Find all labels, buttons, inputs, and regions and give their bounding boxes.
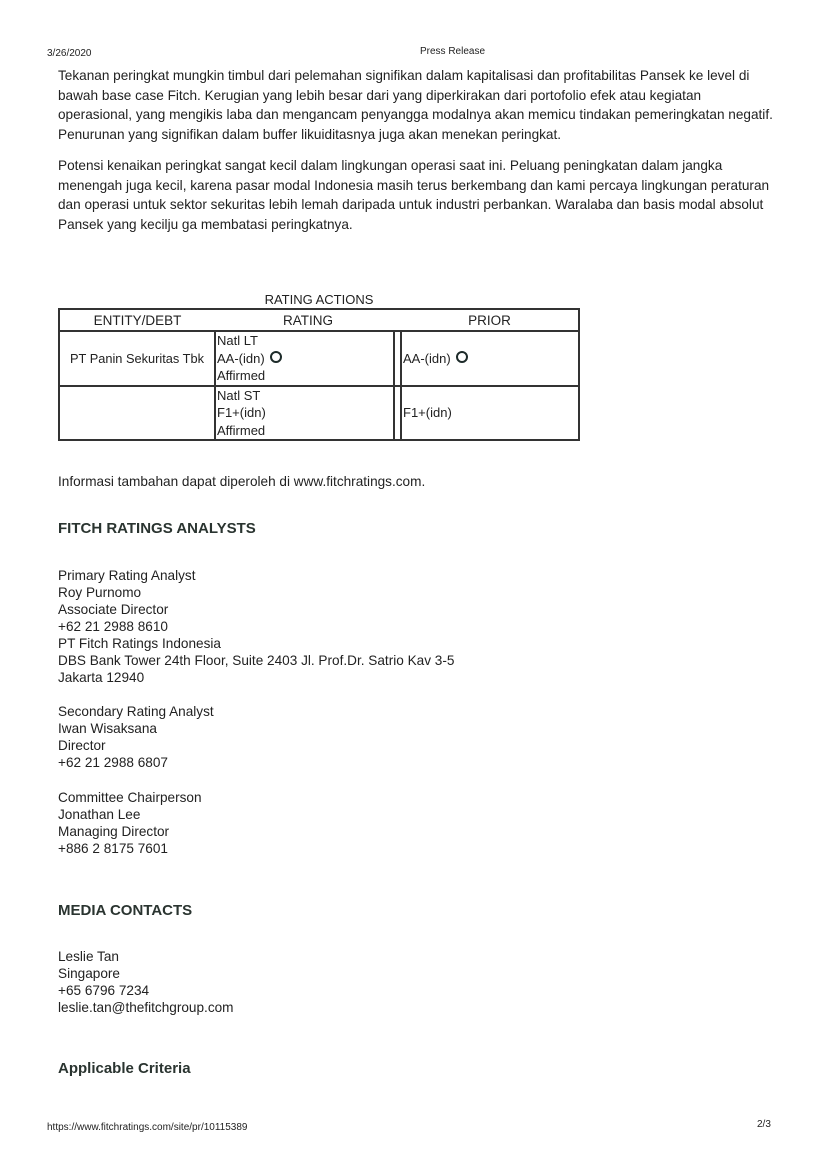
contact-city: Singapore xyxy=(58,965,234,982)
rating-watch-icon xyxy=(270,351,282,363)
applicable-criteria-heading: Applicable Criteria xyxy=(58,1060,191,1077)
header-entity: ENTITY/DEBT xyxy=(59,309,215,331)
prior-value: F1+(idn) xyxy=(403,405,452,420)
contact-name: Leslie Tan xyxy=(58,948,234,965)
page-number: 2/3 xyxy=(757,1119,771,1130)
contact-company: PT Fitch Ratings Indonesia xyxy=(58,635,454,652)
entity-cell: PT Panin Sekuritas Tbk xyxy=(59,331,215,386)
table-row: Natl ST F1+(idn) Affirmed F1+(idn) xyxy=(59,386,579,441)
contact-phone: +62 21 2988 6807 xyxy=(58,754,214,771)
table-header-row: ENTITY/DEBT RATING PRIOR xyxy=(59,309,579,331)
media-contact-block: Leslie Tan Singapore +65 6796 7234 lesli… xyxy=(58,948,234,1016)
spacer-cell xyxy=(394,386,401,441)
paragraph-upgrade-sensitivity: Potensi kenaikan peringkat sangat kecil … xyxy=(58,156,778,234)
contact-city: Jakarta 12940 xyxy=(58,669,454,686)
prior-cell: AA-(idn) xyxy=(401,331,579,386)
media-contacts-heading: MEDIA CONTACTS xyxy=(58,902,192,919)
contact-email: leslie.tan@thefitchgroup.com xyxy=(58,999,234,1016)
rating-type: Natl ST xyxy=(217,387,392,405)
primary-analyst-block: Primary Rating Analyst Roy Purnomo Assoc… xyxy=(58,567,454,686)
header-prior: PRIOR xyxy=(401,309,579,331)
rating-action: Affirmed xyxy=(217,422,392,440)
contact-name: Roy Purnomo xyxy=(58,584,454,601)
contact-address: DBS Bank Tower 24th Floor, Suite 2403 Jl… xyxy=(58,652,454,669)
rating-actions-caption: RATING ACTIONS xyxy=(58,292,580,307)
contact-role: Committee Chairperson xyxy=(58,789,202,806)
rating-cell: Natl ST F1+(idn) Affirmed xyxy=(215,386,394,441)
contact-role: Secondary Rating Analyst xyxy=(58,703,214,720)
table-row: PT Panin Sekuritas Tbk Natl LT AA-(idn) … xyxy=(59,331,579,386)
committee-chair-block: Committee Chairperson Jonathan Lee Manag… xyxy=(58,789,202,857)
rating-actions-table: ENTITY/DEBT RATING PRIOR PT Panin Sekuri… xyxy=(58,308,580,441)
prior-cell: F1+(idn) xyxy=(401,386,579,441)
rating-cell: Natl LT AA-(idn) Affirmed xyxy=(215,331,394,386)
contact-name: Iwan Wisaksana xyxy=(58,720,214,737)
contact-title: Managing Director xyxy=(58,823,202,840)
rating-type: Natl LT xyxy=(217,332,392,350)
contact-phone: +65 6796 7234 xyxy=(58,982,234,999)
rating-watch-icon xyxy=(456,351,468,363)
contact-phone: +886 2 8175 7601 xyxy=(58,840,202,857)
rating-value: AA-(idn) xyxy=(217,351,265,366)
rating-value-line: AA-(idn) xyxy=(217,350,392,368)
print-page-title: Press Release xyxy=(0,46,827,57)
header-rating: RATING xyxy=(215,309,401,331)
contact-role: Primary Rating Analyst xyxy=(58,567,454,584)
spacer-cell xyxy=(394,331,401,386)
contact-title: Associate Director xyxy=(58,601,454,618)
paragraph-downgrade-sensitivity: Tekanan peringkat mungkin timbul dari pe… xyxy=(58,66,778,144)
entity-cell xyxy=(59,386,215,441)
rating-action: Affirmed xyxy=(217,367,392,385)
print-url: https://www.fitchratings.com/site/pr/101… xyxy=(47,1122,247,1133)
secondary-analyst-block: Secondary Rating Analyst Iwan Wisaksana … xyxy=(58,703,214,771)
prior-value: AA-(idn) xyxy=(403,351,451,366)
more-info-text: Informasi tambahan dapat diperoleh di ww… xyxy=(58,474,425,489)
contact-phone: +62 21 2988 8610 xyxy=(58,618,454,635)
contact-name: Jonathan Lee xyxy=(58,806,202,823)
analysts-heading: FITCH RATINGS ANALYSTS xyxy=(58,520,256,537)
rating-value: F1+(idn) xyxy=(217,404,392,422)
contact-title: Director xyxy=(58,737,214,754)
